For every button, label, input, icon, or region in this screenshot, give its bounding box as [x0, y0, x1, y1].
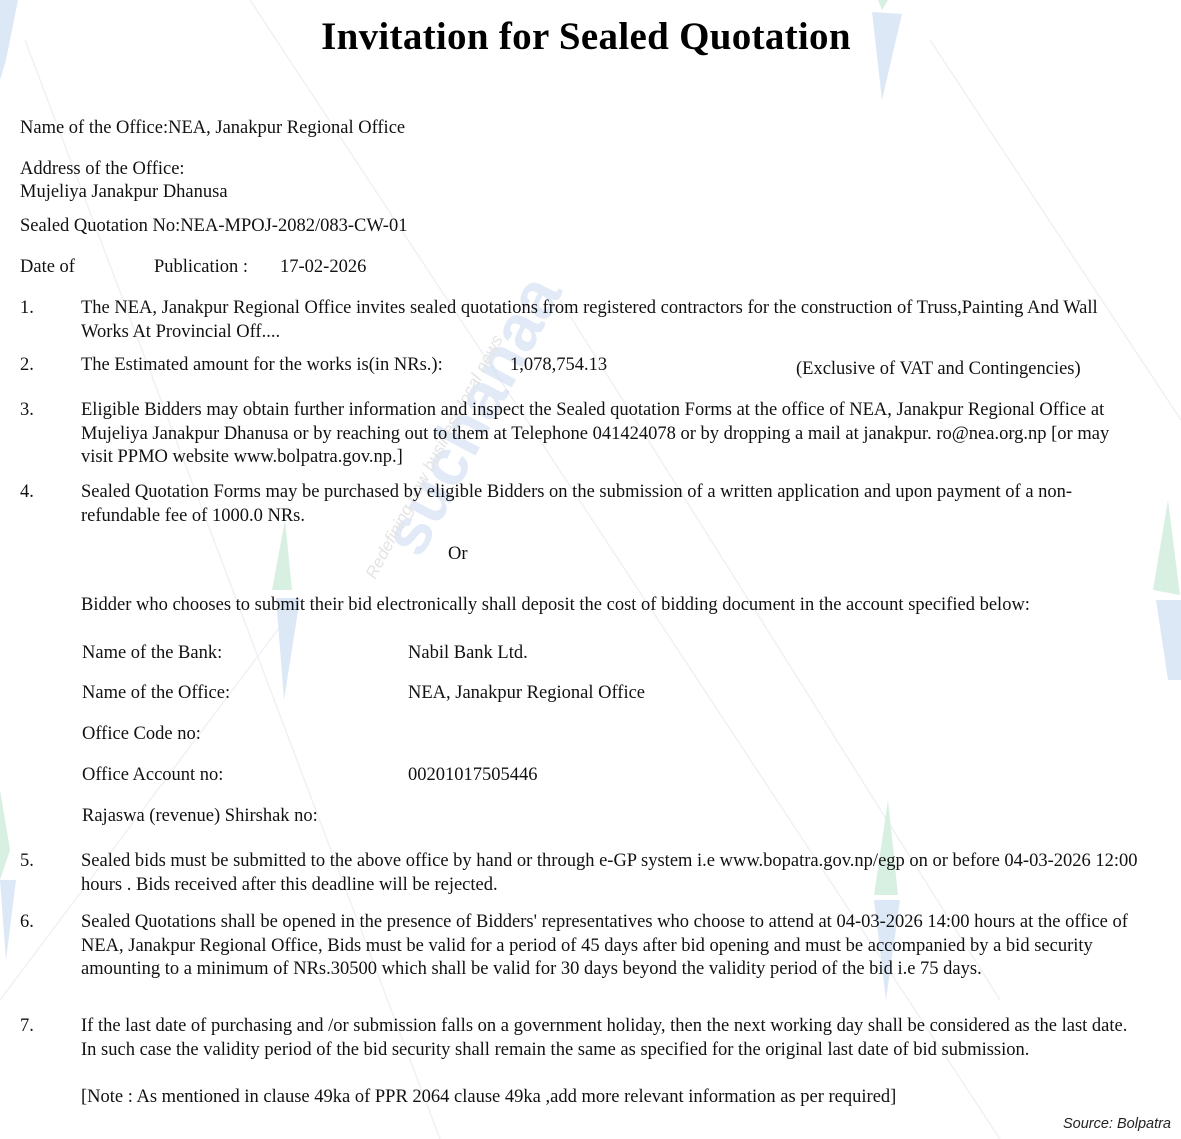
estimated-amount-label: The Estimated amount for the works is(in…	[81, 354, 443, 378]
publication-date: 17-02-2026	[280, 256, 366, 280]
bank-office-value: NEA, Janakpur Regional Office	[408, 682, 645, 706]
quotation-no-value: NEA-MPOJ-2082/083-CW-01	[180, 216, 407, 236]
bank-office-label: Name of the Office:	[82, 682, 230, 706]
date-label-part1: Date of	[20, 256, 75, 280]
clause-number: 4.	[20, 481, 34, 505]
clause-text: Eligible Bidders may obtain further info…	[81, 399, 1143, 470]
clause-text: Sealed Quotations shall be opened in the…	[81, 911, 1143, 982]
account-no-value: 00201017505446	[408, 764, 538, 788]
clause-text: Sealed Quotation Forms may be purchased …	[81, 481, 1143, 528]
account-no-label: Office Account no:	[82, 764, 223, 788]
clause-number: 7.	[20, 1015, 34, 1039]
or-separator: Or	[448, 543, 468, 567]
clause-text: Sealed bids must be submitted to the abo…	[81, 850, 1141, 897]
clause-text: The NEA, Janakpur Regional Office invite…	[81, 297, 1141, 344]
revenue-shirshak-label: Rajaswa (revenue) Shirshak no:	[82, 805, 318, 829]
office-name-value: NEA, Janakpur Regional Office	[168, 118, 405, 138]
document-page: Invitation for Sealed Quotation Name of …	[0, 0, 1181, 1139]
clause-number: 6.	[20, 911, 34, 935]
address-value: Mujeliya Janakpur Dhanusa	[20, 181, 228, 205]
clause-text: If the last date of purchasing and /or s…	[81, 1015, 1143, 1062]
bank-name-value: Nabil Bank Ltd.	[408, 642, 528, 666]
office-name-label: Name of the Office:	[20, 118, 168, 138]
ppr-note: [Note : As mentioned in clause 49ka of P…	[81, 1086, 896, 1110]
quotation-no-label: Sealed Quotation No:	[20, 216, 180, 236]
date-label-part2: Publication :	[154, 256, 248, 280]
estimated-amount-value: 1,078,754.13	[510, 354, 607, 378]
quotation-no-line: Sealed Quotation No:NEA-MPOJ-2082/083-CW…	[20, 215, 407, 239]
electronic-deposit-text: Bidder who chooses to submit their bid e…	[81, 594, 1030, 618]
clause-number: 5.	[20, 850, 34, 874]
address-label: Address of the Office:	[20, 158, 185, 182]
amount-note: (Exclusive of VAT and Contingencies)	[796, 358, 1081, 382]
office-name-line: Name of the Office:NEA, Janakpur Regiona…	[20, 117, 405, 141]
bank-name-label: Name of the Bank:	[82, 642, 222, 666]
clause-number: 2.	[20, 354, 34, 378]
document-title: Invitation for Sealed Quotation	[0, 14, 1172, 59]
clause-number: 1.	[20, 297, 34, 321]
office-code-label: Office Code no:	[82, 723, 201, 747]
clause-number: 3.	[20, 399, 34, 423]
source-credit: Source: Bolpatra	[1063, 1116, 1171, 1132]
